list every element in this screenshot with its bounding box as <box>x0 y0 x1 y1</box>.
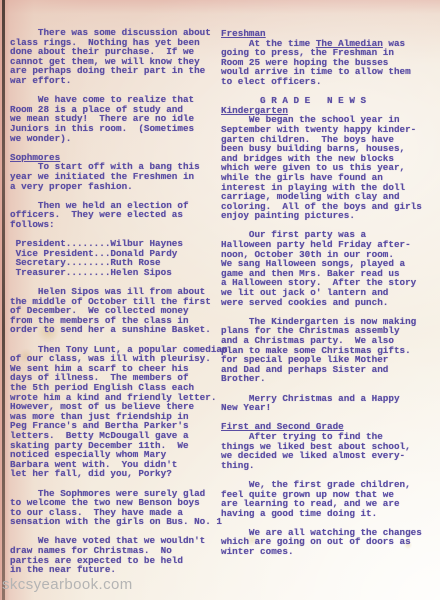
paragraph: There was some discussion aboutclass rin… <box>10 28 224 86</box>
text-line: thing. <box>221 461 437 471</box>
text-line: Treasurer........Helen Sipos <box>10 268 224 278</box>
paragraph: We have come to realize thatRoom 28 is a… <box>10 95 224 143</box>
text-line: Brother. <box>221 374 437 384</box>
paragraph: We have voted that we wouldn'tdraw names… <box>10 536 224 574</box>
paragraph: President........Wilbur Haynes Vice Pres… <box>10 239 224 277</box>
text-line: were served cookies and punch. <box>221 298 437 308</box>
paragraph: Our first party was aHalloween party hel… <box>221 230 437 307</box>
text-line: winter comes. <box>221 547 437 557</box>
text-line: New Year! <box>221 403 437 413</box>
paragraph: We are all watching the changeswhich are… <box>221 528 437 557</box>
paragraph: Helen Sipos was ill from aboutthe middle… <box>10 287 224 335</box>
text-line: enjoy painting pictures. <box>221 211 437 221</box>
paragraph: We, the first grade children,feel quite … <box>221 480 437 518</box>
paragraph: Then we held an election ofofficers. The… <box>10 201 224 230</box>
text-line: sensation with the girls on Bus. No. 1 <box>10 517 224 527</box>
paragraph: Then Tony Lunt, a popular comedianof our… <box>10 345 224 479</box>
scan-edge-line <box>2 0 5 600</box>
paragraph: G R A D E N E W SKindergarten We began t… <box>221 96 437 221</box>
text-line: let her fall, did you, Porky? <box>10 469 224 479</box>
right-text-column: Freshman At the time The Almedian wasgoi… <box>221 29 437 557</box>
text-line: war effort. <box>10 76 224 86</box>
text-line: order to send her a sunshine Basket. <box>10 325 224 335</box>
paragraph: Merry Christmas and a HappyNew Year! <box>221 394 437 413</box>
paragraph: The Sophmores were surely gladto welcome… <box>10 489 224 527</box>
paragraph: The Kindergarten is now makingplans for … <box>221 317 437 384</box>
watermark-text: skcsyearbook.com <box>2 576 133 593</box>
yearbook-page: There was some discussion aboutclass rin… <box>0 0 440 600</box>
text-line: having a good time doing it. <box>221 509 437 519</box>
text-line: we wonder). <box>10 134 224 144</box>
text-line: a very proper fashion. <box>10 182 224 192</box>
paragraph: Sophmores To start off with a bang thisy… <box>10 153 224 191</box>
text-line: in the near future. <box>10 565 224 575</box>
paragraph: First and Second Grade After trying to f… <box>221 422 437 470</box>
left-text-column: There was some discussion aboutclass rin… <box>10 28 224 575</box>
paragraph: Freshman At the time The Almedian wasgoi… <box>221 29 437 87</box>
text-line: follows: <box>10 220 224 230</box>
text-line: to elect officers. <box>221 77 437 87</box>
